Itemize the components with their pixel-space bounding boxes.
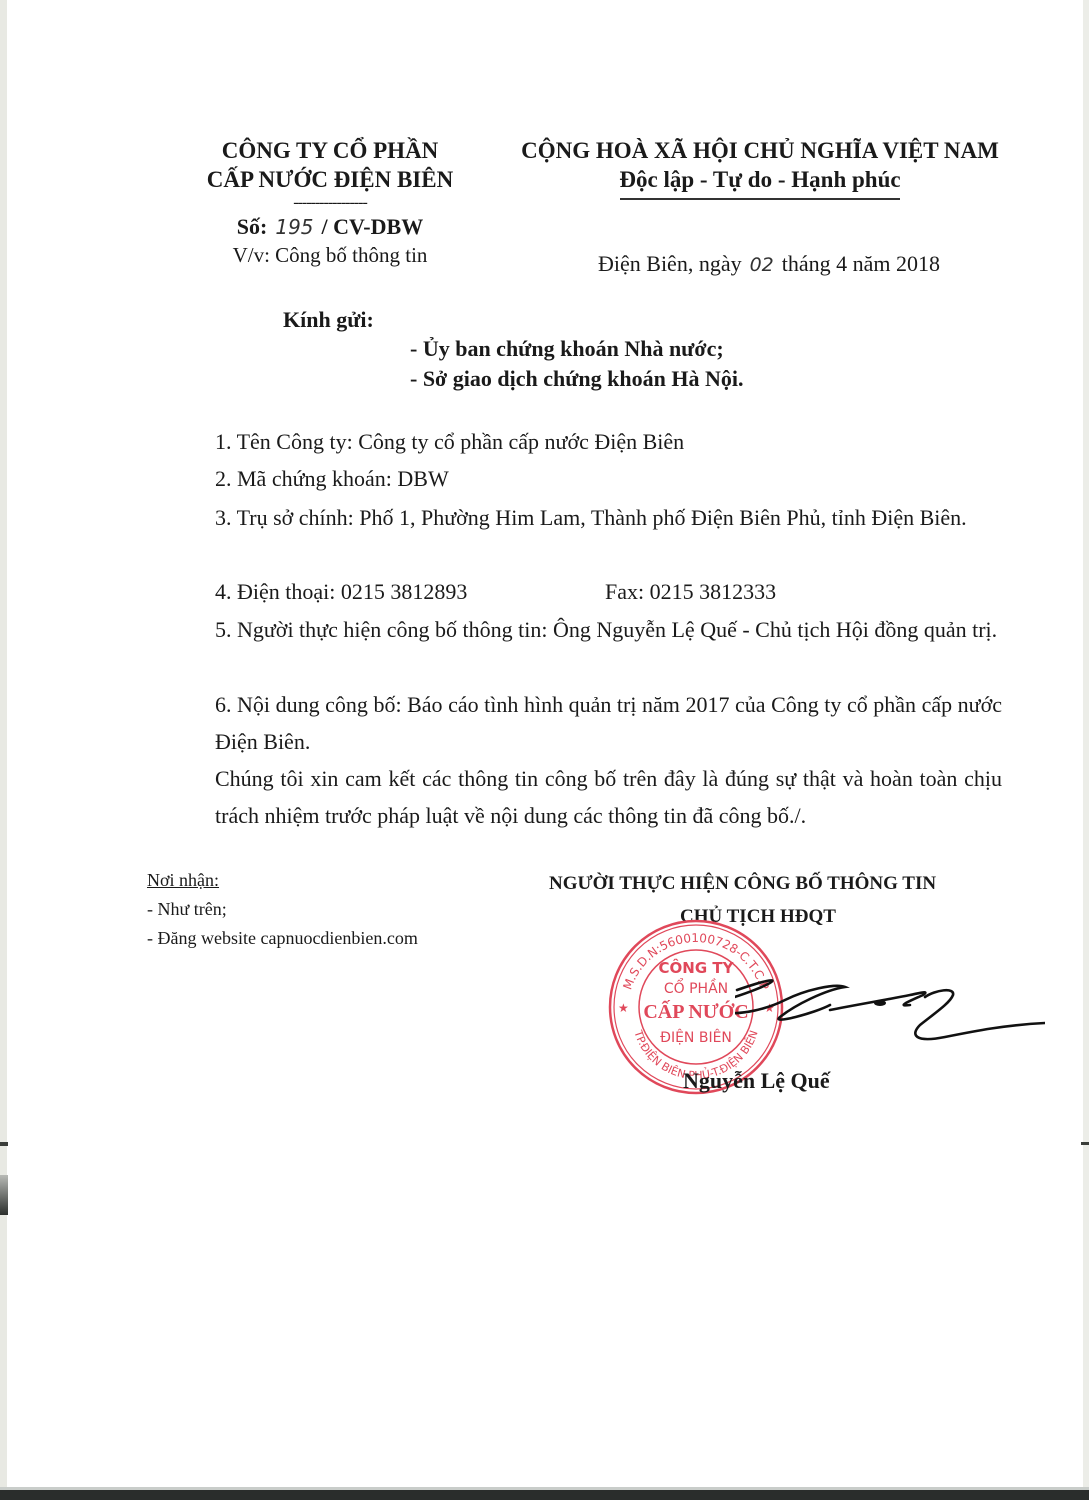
- company-name-line1: CÔNG TY CỔ PHẦN: [180, 136, 480, 165]
- date-prefix: Điện Biên, ngày: [598, 251, 742, 276]
- company-header: CÔNG TY CỔ PHẦN CẤP NƯỚC ĐIỆN BIÊN -----…: [180, 136, 480, 268]
- content-text: 2. Mã chứng khoán: DBW: [148, 460, 1002, 497]
- content-item-4: 4. Điện thoại: 0215 3812893: [148, 573, 1002, 610]
- recipients-label: Kính gửi:: [283, 307, 374, 333]
- svg-text:★: ★: [618, 1001, 629, 1015]
- content-item-3: 3. Trụ sở chính: Phố 1, Phường Him Lam, …: [148, 499, 1002, 536]
- content-text: 6. Nội dung công bố: Báo cáo tình hình q…: [148, 686, 1002, 760]
- doc-number-handwritten: 195: [275, 215, 313, 239]
- recipient-item: - Ủy ban chứng khoán Nhà nước;: [410, 336, 724, 362]
- svg-text:CẤP NƯỚC: CẤP NƯỚC: [643, 999, 748, 1023]
- scan-bottom-band: [0, 1490, 1089, 1500]
- phone-text: 4. Điện thoại: 0215 3812893: [148, 573, 1002, 610]
- handwritten-signature: [735, 965, 1045, 1055]
- content-text: Chúng tôi xin cam kết các thông tin công…: [148, 760, 1002, 834]
- content-text: 1. Tên Công ty: Công ty cổ phần cấp nước…: [148, 423, 1002, 460]
- scan-mark: [0, 1142, 8, 1146]
- national-header: CỘNG HOÀ XÃ HỘI CHỦ NGHĨA VIỆT NAM Độc l…: [500, 136, 1020, 200]
- svg-text:CÔNG TY: CÔNG TY: [659, 958, 735, 977]
- distribution-title: Nơi nhận:: [147, 866, 418, 895]
- national-motto: Độc lập - Tự do - Hạnh phúc: [500, 165, 1020, 194]
- content-item-2: 2. Mã chứng khoán: DBW: [148, 460, 1002, 497]
- header-divider: -----------------: [180, 196, 480, 210]
- doc-number-suffix: / CV-DBW: [322, 214, 424, 239]
- date-suffix: tháng 4 năm 2018: [782, 251, 940, 276]
- scan-mark: [1081, 1142, 1089, 1145]
- content-item-5: 5. Người thực hiện công bố thông tin: Ôn…: [148, 611, 1002, 648]
- svg-text:ĐIỆN BIÊN: ĐIỆN BIÊN: [660, 1028, 732, 1046]
- doc-number-label: Số:: [237, 214, 268, 239]
- distribution-item: - Đăng website capnuocdienbien.com: [147, 924, 418, 953]
- company-name-line2: CẤP NƯỚC ĐIỆN BIÊN: [180, 165, 480, 194]
- scan-edge-left: [0, 0, 7, 1490]
- recipient-item: - Sở giao dịch chứng khoán Hà Nội.: [410, 366, 743, 392]
- motto-underline: [620, 198, 900, 200]
- content-text: 3. Trụ sở chính: Phố 1, Phường Him Lam, …: [148, 499, 1002, 536]
- content-item-1: 1. Tên Công ty: Công ty cổ phần cấp nước…: [148, 423, 1002, 460]
- signer-name: Nguyễn Lệ Quế: [683, 1068, 830, 1094]
- document-subject: V/v: Công bố thông tin: [180, 242, 480, 268]
- content-text: 5. Người thực hiện công bố thông tin: Ôn…: [148, 611, 1002, 648]
- svg-text:CỔ PHẦN: CỔ PHẦN: [664, 978, 728, 997]
- signer-title: NGƯỜI THỰC HIỆN CÔNG BỐ THÔNG TIN: [549, 873, 936, 895]
- content-item-6: 6. Nội dung công bố: Báo cáo tình hình q…: [148, 686, 1002, 760]
- distribution-item: - Như trên;: [147, 895, 418, 924]
- scan-edge-right: [1083, 0, 1089, 1490]
- date-line: Điện Biên, ngày02tháng 4 năm 2018: [598, 251, 940, 277]
- date-day-handwritten: 02: [750, 254, 774, 276]
- fax-text: Fax: 0215 3812333: [605, 573, 776, 610]
- nation-title: CỘNG HOÀ XÃ HỘI CHỦ NGHĨA VIỆT NAM: [500, 136, 1020, 165]
- document-number: Số:195/ CV-DBW: [180, 212, 480, 242]
- scan-mark: [0, 1175, 8, 1215]
- distribution-list: Nơi nhận: - Như trên; - Đăng website cap…: [147, 866, 418, 953]
- commitment-paragraph: Chúng tôi xin cam kết các thông tin công…: [148, 760, 1002, 834]
